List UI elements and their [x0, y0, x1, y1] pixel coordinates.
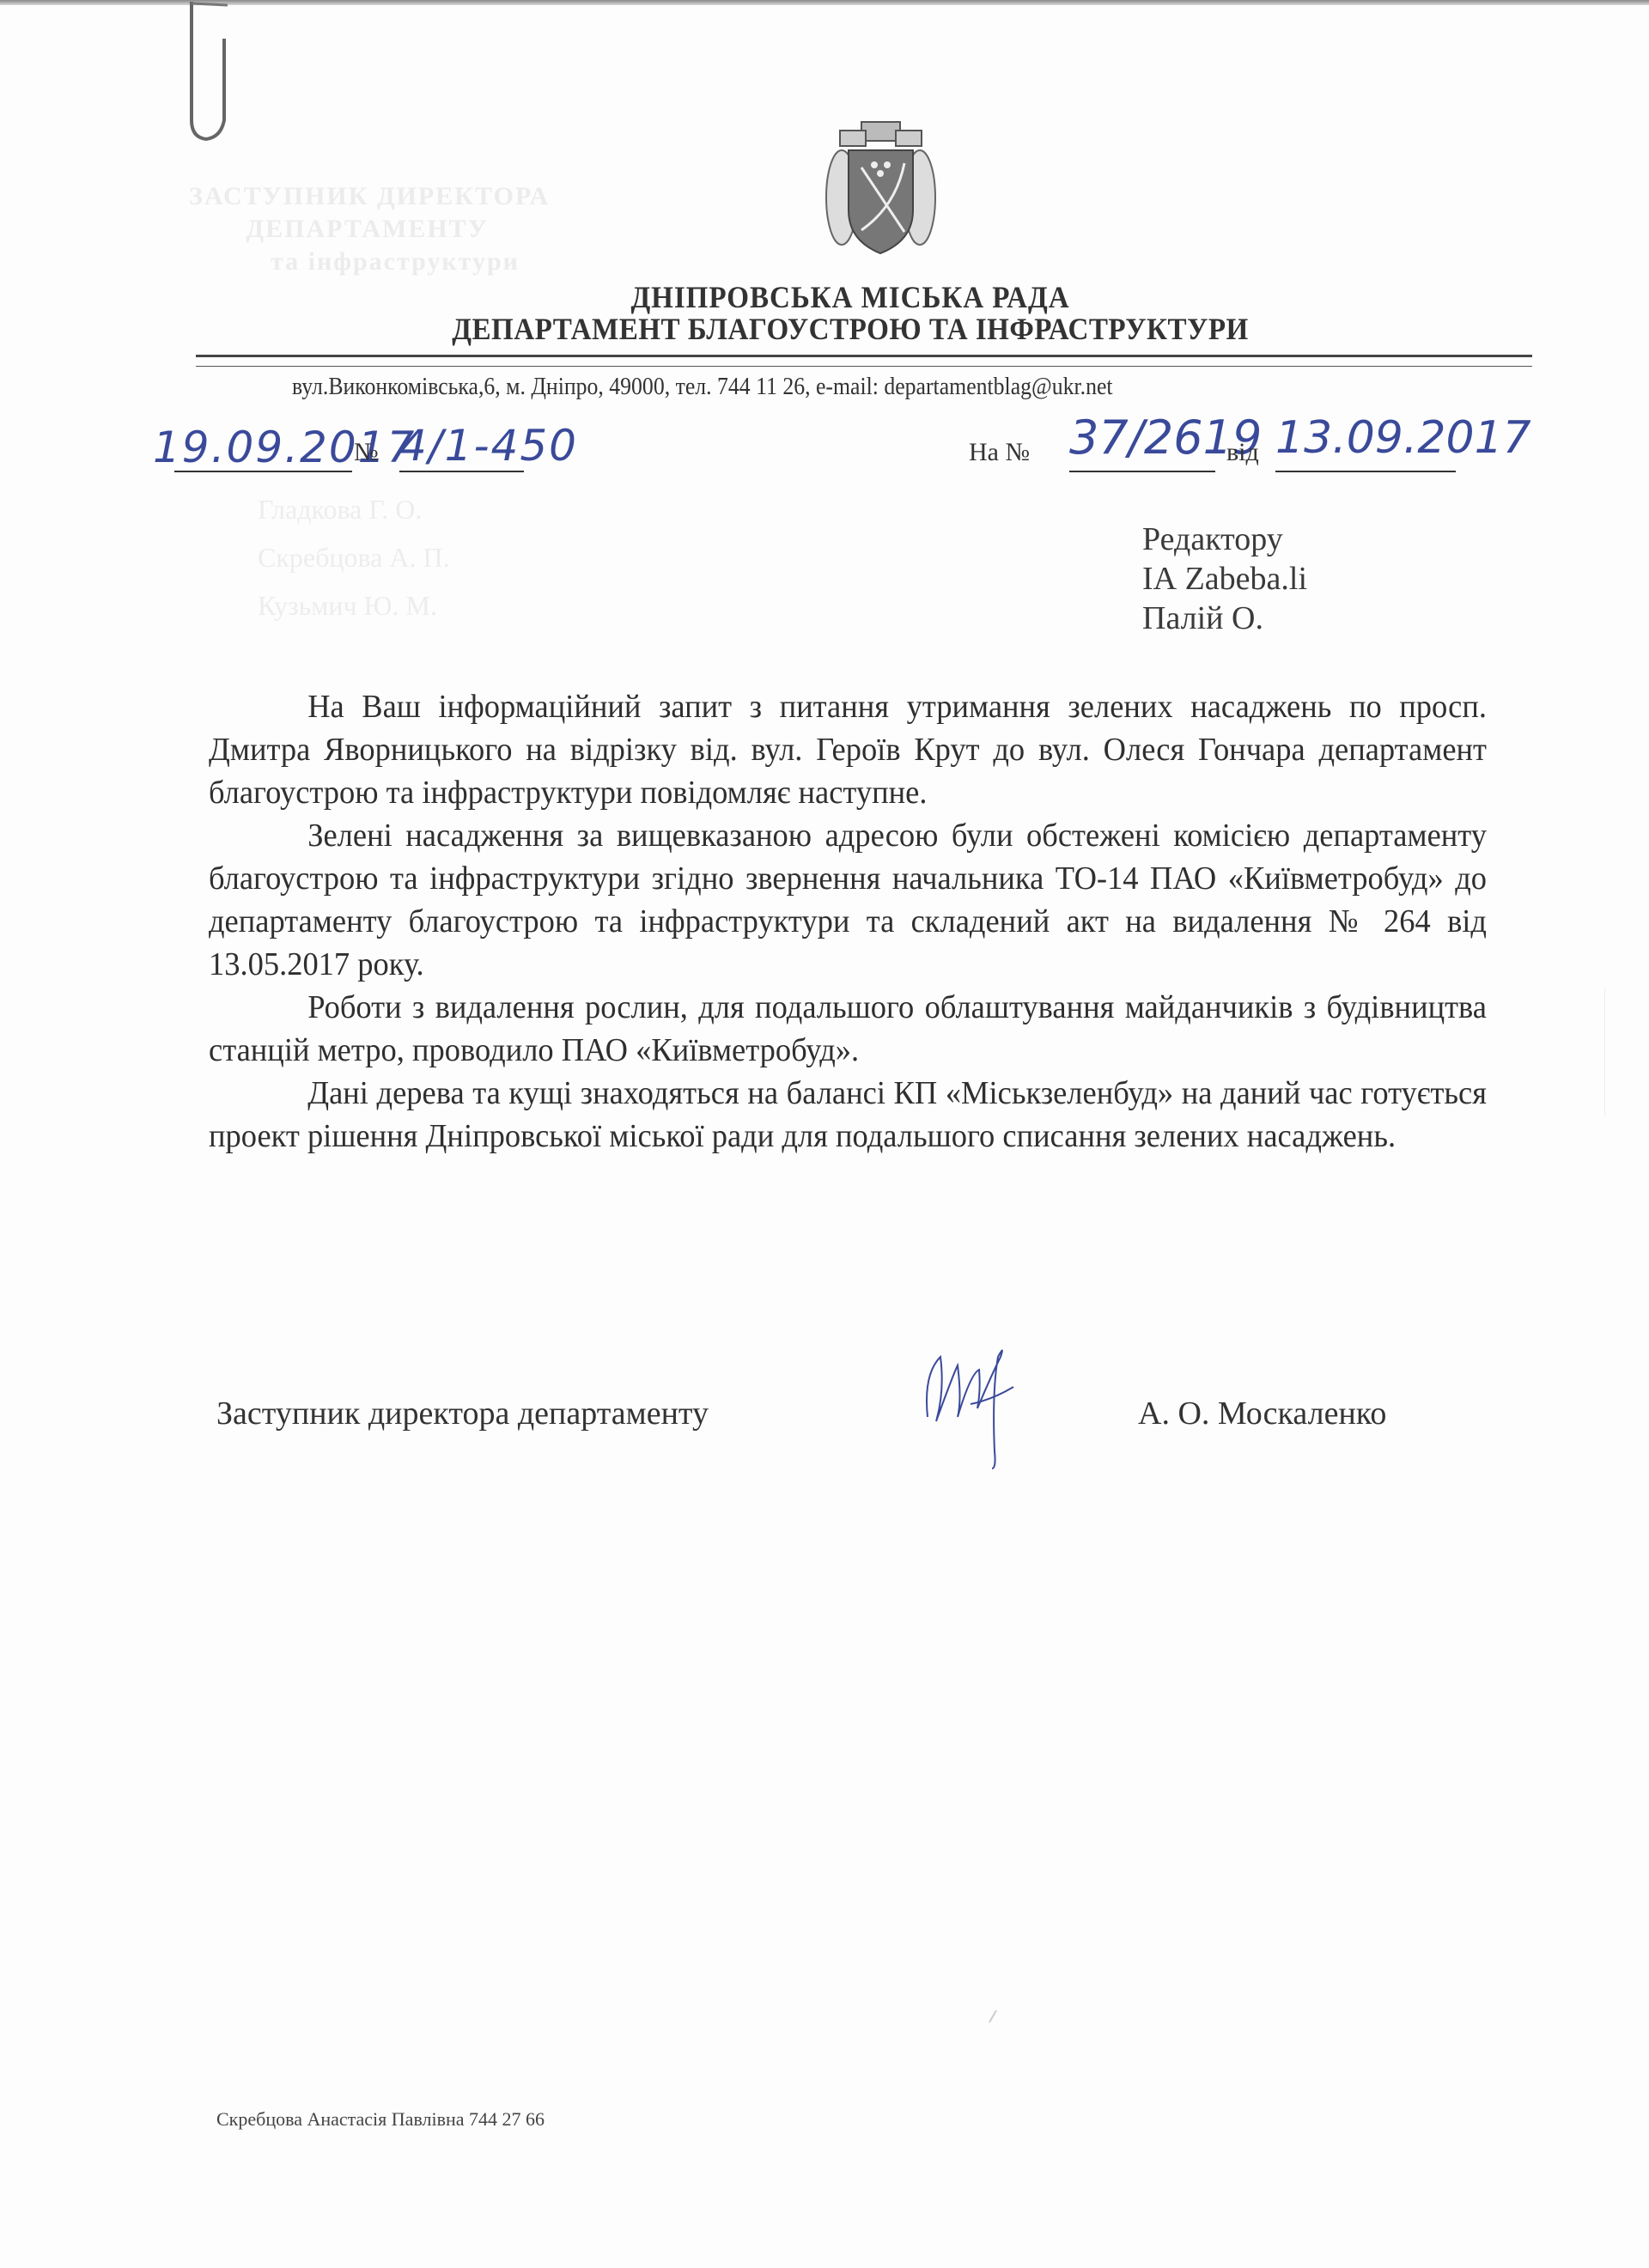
- body-paragraph: На Ваш інформаційний запит з питання утр…: [209, 685, 1487, 814]
- body-paragraph: Дані дерева та кущі знаходяться на балан…: [209, 1072, 1487, 1158]
- from-label: від: [1226, 438, 1259, 467]
- body-paragraph: Роботи з видалення рослин, для подальшог…: [209, 986, 1487, 1072]
- handwritten-signature-icon: [919, 1340, 1022, 1477]
- reference-date-underline: [1275, 471, 1456, 472]
- reference-date: 13.09.2017: [1275, 412, 1531, 464]
- recipient-name: Палій О.: [1142, 599, 1307, 638]
- signatory-name: А. О. Москаленко: [1138, 1395, 1386, 1432]
- outgoing-date-underline: [174, 471, 352, 472]
- scan-top-edge: [0, 0, 1649, 5]
- paperclip-icon: [176, 0, 236, 146]
- recipient-organization: ІА Zabeba.li: [1142, 559, 1307, 599]
- scan-artifact: [989, 2010, 997, 2023]
- letter-body: На Ваш інформаційний запит з питання утр…: [209, 685, 1487, 1158]
- reference-number-underline: [1069, 471, 1215, 472]
- bleed-through-text: ЗАСТУПНИК ДИРЕКТОРА ДЕПАРТАМЕНТУ та інфр…: [189, 180, 550, 278]
- number-label: №: [354, 438, 379, 467]
- outgoing-number: 4/1-450: [399, 421, 578, 471]
- recipient-block: Редактору ІА Zabeba.li Палій О.: [1142, 520, 1307, 638]
- outgoing-number-underline: [399, 471, 524, 472]
- org-name-line1: ДНІПРОВСЬКА МІСЬКА РАДА: [92, 279, 1609, 315]
- signatory-title: Заступник директора департаменту: [216, 1395, 709, 1432]
- org-address: вул.Виконкомівська,6, м. Дніпро, 49000, …: [292, 374, 1113, 401]
- header-rule-thin: [196, 366, 1532, 367]
- dnipro-coat-of-arms-icon: [823, 120, 939, 262]
- bleed-through-names: Гладкова Г. О.Скребцова А. П.Кузьмич Ю. …: [258, 485, 450, 629]
- header-rule-thick: [196, 355, 1532, 357]
- reply-to-label: На №: [969, 438, 1030, 467]
- recipient-title: Редактору: [1142, 520, 1307, 559]
- body-paragraph: Зелені насадження за вищевказаною адресо…: [209, 814, 1487, 986]
- scan-artifact: [1604, 988, 1605, 1116]
- org-name-line2: ДЕПАРТАМЕНТ БЛАГОУСТРОЮ ТА ІНФРАСТРУКТУР…: [92, 311, 1609, 347]
- executor-info: Скребцова Анастасія Павлівна 744 27 66: [216, 2108, 545, 2131]
